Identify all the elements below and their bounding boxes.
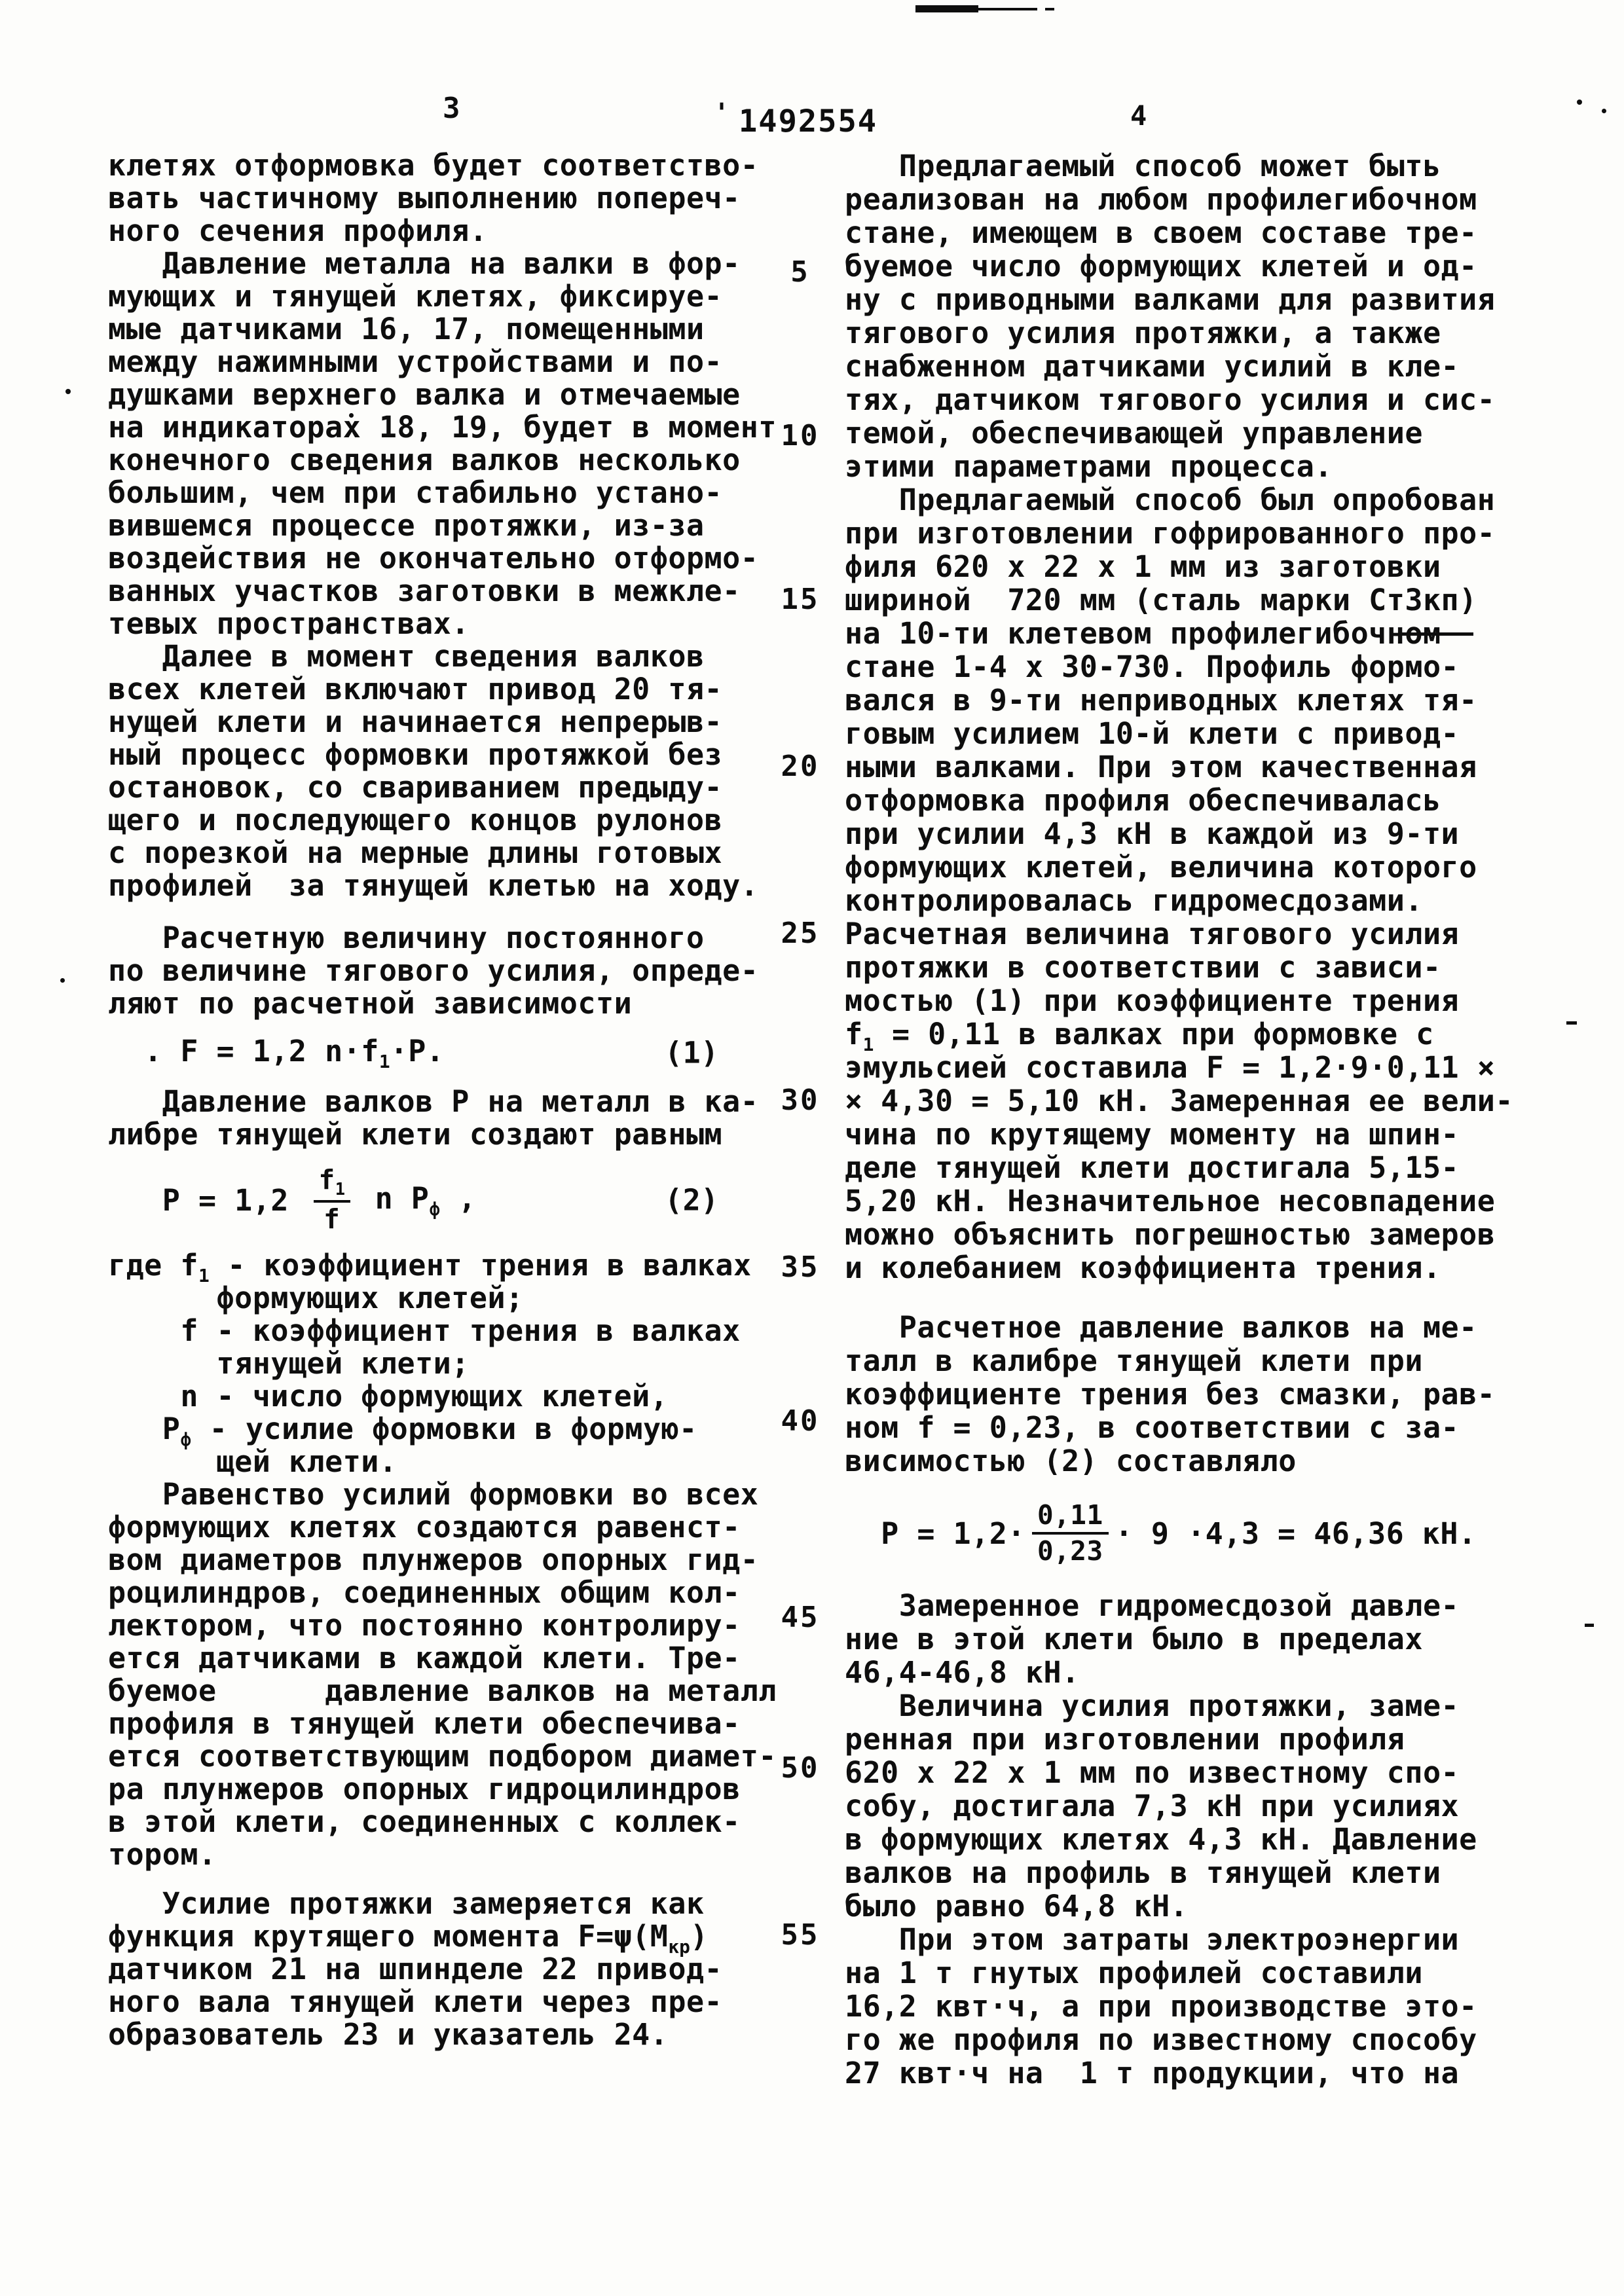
text-line: Давление валков Р на металл в ка- xyxy=(108,1085,812,1118)
text-line: 5,20 кН. Незначительное несовпадение xyxy=(845,1184,1568,1218)
text-line: Pф - усилие формовки в формую- xyxy=(108,1413,812,1446)
text-line: Расчетную величину постоянного xyxy=(108,922,812,955)
text-line: роцилиндров, соединенных общим кол- xyxy=(108,1576,812,1609)
text-line: Предлагаемый способ был опробован xyxy=(845,483,1568,517)
text-line: темой, обеспечивающей управление xyxy=(845,416,1568,450)
text-line: филя 620 х 22 х 1 мм из заготовки xyxy=(845,550,1568,583)
text-line: и колебанием коэффициента трения. xyxy=(845,1251,1568,1285)
text-line: ном f = 0,23, в соответствии с за- xyxy=(845,1411,1568,1444)
text-line: 27 квт·ч на 1 т продукции, что на xyxy=(845,2056,1568,2090)
text-line: ляют по расчетной зависимости xyxy=(108,987,812,1020)
text-line: При этом затраты электроэнергии xyxy=(845,1923,1568,1956)
line-number-marker: 15 xyxy=(773,583,828,616)
page-number-right: 4 xyxy=(1130,100,1148,132)
scan-artifact-line xyxy=(915,5,978,12)
text-line: n - число формующих клетей, xyxy=(108,1380,812,1413)
line-number-marker: 55 xyxy=(773,1918,828,1952)
text-line: Замеренное гидромесдозой давле- xyxy=(845,1589,1568,1622)
text-line: го же профиля по известному способу xyxy=(845,2023,1568,2056)
text-line: можно объяснить погрешностью замеров xyxy=(845,1218,1568,1251)
text-line: Расчетное давление валков на ме- xyxy=(845,1311,1568,1344)
text-line: вом диаметров плунжеров опорных гид- xyxy=(108,1544,812,1576)
text-line: либре тянущей клети создают равным xyxy=(108,1118,812,1151)
formula-line: P = 1,2·0,110,23· 9 ·4,3 = 46,36 кН. xyxy=(845,1478,1568,1589)
scan-apostrophe-mark: ' xyxy=(714,98,729,128)
text-line: собу, достигала 7,3 кН при усилиях xyxy=(845,1789,1568,1823)
text-line: ние в этой клети было в пределах xyxy=(845,1622,1568,1656)
text-line: f1 = 0,11 в валках при формовке с xyxy=(845,1017,1568,1051)
text-line: всех клетей включают привод 20 тя- xyxy=(108,673,812,706)
text-line: Предлагаемый способ может быть xyxy=(845,149,1568,183)
scan-speck xyxy=(65,389,71,394)
line-number-marker: 30 xyxy=(773,1084,828,1117)
text-line: функция крутящего момента F=ψ(Мкр) xyxy=(108,1920,812,1953)
text-line: стане, имеющем в своем составе тре- xyxy=(845,216,1568,249)
paragraph-gap xyxy=(845,1285,1568,1311)
text-line: по величине тягового усилия, опреде- xyxy=(108,955,812,987)
scan-speck xyxy=(1585,1624,1594,1627)
text-line: вался в 9-ти неприводных клетях тя- xyxy=(845,683,1568,717)
text-line: стане 1-4 х 30-730. Профиль формо- xyxy=(845,650,1568,683)
text-line: при изготовлении гофрированного про- xyxy=(845,517,1568,550)
text-line: где f1 - коэффициент трения в валках xyxy=(108,1249,812,1282)
text-line: валков на профиль в тянущей клети xyxy=(845,1856,1568,1889)
text-line: деле тянущей клети достигала 5,15- xyxy=(845,1151,1568,1184)
text-line: было равно 64,8 кН. xyxy=(845,1889,1568,1923)
paragraph-gap xyxy=(108,1871,812,1887)
line-number-marker: 20 xyxy=(773,750,828,783)
text-line: остановок, со свариванием предыду- xyxy=(108,771,812,804)
patent-number: 1492554 xyxy=(739,103,877,139)
scan-artifact-line xyxy=(978,8,1037,10)
text-line: с порезкой на мерные длины готовых xyxy=(108,837,812,869)
equation-number: (2) xyxy=(665,1183,719,1218)
text-line: ный процесс формовки протяжкой без xyxy=(108,738,812,771)
text-line: формующих клетей; xyxy=(108,1282,812,1315)
fraction: 0,110,23 xyxy=(1032,1500,1109,1567)
left-text-column: клетях отформовка будет соответство-вать… xyxy=(108,149,812,2051)
text-line: тянущей клети; xyxy=(108,1347,812,1380)
text-line: в этой клети, соединенных с коллек- xyxy=(108,1806,812,1838)
text-line: большим, чем при стабильно устано- xyxy=(108,477,812,509)
line-number-marker: 25 xyxy=(773,917,828,950)
text-line: при усилии 4,3 кН в каждой из 9-ти xyxy=(845,817,1568,850)
text-line: f - коэффициент трения в валках xyxy=(108,1315,812,1347)
text-line: 46,4-46,8 кН. xyxy=(845,1656,1568,1689)
formula-line: P = 1,2 f1f n Pф ,(2) xyxy=(108,1151,812,1249)
text-line: образователь 23 и указатель 24. xyxy=(108,2018,812,2051)
line-number-marker: 5 xyxy=(773,255,828,289)
page-number-left: 3 xyxy=(443,92,462,125)
formula-text: n Pф , xyxy=(357,1181,476,1220)
text-line: Далее в момент сведения валков xyxy=(108,640,812,673)
text-line: ну с приводными валками для развития xyxy=(845,283,1568,316)
text-line: Усилие протяжки замеряется как xyxy=(108,1887,812,1920)
text-line: мостью (1) при коэффициенте трения xyxy=(845,984,1568,1017)
text-line: коэффициенте трения без смазки, рав- xyxy=(845,1377,1568,1411)
text-line: буемое давление валков на металл xyxy=(108,1675,812,1707)
text-line: ется датчиками в каждой клети. Тре- xyxy=(108,1642,812,1675)
formula-text: P = 1,2 xyxy=(108,1183,307,1218)
text-line: ванных участков заготовки в межкле- xyxy=(108,575,812,608)
text-line: датчиком 21 на шпинделе 22 привод- xyxy=(108,1953,812,1986)
text-line: 16,2 квт·ч, а при производстве это- xyxy=(845,1990,1568,2023)
text-line: ными валками. При этом качественная xyxy=(845,750,1568,784)
line-number-marker: 10 xyxy=(773,419,828,452)
text-line: лектором, что постоянно контролиру- xyxy=(108,1609,812,1642)
text-line: этими параметрами процесса. xyxy=(845,450,1568,483)
text-line: ется соответствующим подбором диамет- xyxy=(108,1740,812,1773)
text-line: тях, датчиком тягового усилия и сис- xyxy=(845,383,1568,416)
text-line: талл в калибре тянущей клети при xyxy=(845,1344,1568,1377)
text-line: формующих клетях создаются равенст- xyxy=(108,1511,812,1544)
paragraph-gap xyxy=(108,902,812,922)
scan-speck xyxy=(1577,100,1582,105)
formula-line: . F = 1,2 n·f1·P.(1) xyxy=(108,1020,812,1085)
text-line: формующих клетей, величина которого xyxy=(845,850,1568,884)
text-line: протяжки в соответствии с зависи- xyxy=(845,951,1568,984)
text-line: шириной 720 мм (сталь марки СтЗкп) xyxy=(845,583,1568,617)
text-line: на 10-ти клетевом профилегибочном xyxy=(845,617,1568,650)
text-line: ра плунжеров опорных гидроцилиндров xyxy=(108,1773,812,1806)
text-line: профилей за тянущей клетью на ходу. xyxy=(108,869,812,902)
scan-speck xyxy=(1602,109,1606,113)
text-line: в формующих клетях 4,3 кН. Давление xyxy=(845,1823,1568,1856)
text-line: Давление металла на валки в фор- xyxy=(108,247,812,280)
text-line: ного сечения профиля. xyxy=(108,215,812,247)
text-line: душками верхнего валка и отмечаемые xyxy=(108,378,812,411)
line-number-marker: 35 xyxy=(773,1250,828,1284)
text-line: ного вала тянущей клети через пре- xyxy=(108,1986,812,2018)
text-line: нущей клети и начинается непрерыв- xyxy=(108,706,812,738)
text-line: мые датчиками 16, 17, помещенными xyxy=(108,313,812,346)
text-line: говым усилием 10-й клети с привод- xyxy=(845,717,1568,750)
text-line: реализован на любом профилегибочном xyxy=(845,183,1568,216)
text-line: между нажимными устройствами и по- xyxy=(108,346,812,378)
text-line: профиля в тянущей клети обеспечива- xyxy=(108,1707,812,1740)
text-line: мующих и тянущей клетях, фиксируе- xyxy=(108,280,812,313)
right-text-column: Предлагаемый способ может бытьреализован… xyxy=(845,149,1568,2090)
text-line: Расчетная величина тягового усилия xyxy=(845,917,1568,951)
text-line: щего и последующего концов рулонов xyxy=(108,804,812,837)
text-line: тягового усилия протяжки, а также xyxy=(845,316,1568,350)
text-line: вившемся процессе протяжки, из-за xyxy=(108,509,812,542)
text-line: эмульсией составила F = 1,2·9·0,11 × xyxy=(845,1051,1568,1084)
text-line: отформовка профиля обеспечивалась xyxy=(845,784,1568,817)
formula-text: · 9 ·4,3 = 46,36 кН. xyxy=(1115,1516,1477,1551)
text-line: контролировалась гидромесдозами. xyxy=(845,884,1568,917)
line-number-marker: 50 xyxy=(773,1751,828,1785)
text-line: чина по крутящему моменту на шпин- xyxy=(845,1118,1568,1151)
text-line: вать частичному выполнению попереч- xyxy=(108,182,812,215)
line-number-marker: 45 xyxy=(773,1601,828,1634)
text-line: буемое число формующих клетей и од- xyxy=(845,249,1568,283)
text-line: воздействия не окончательно отформо- xyxy=(108,542,812,575)
text-line: тором. xyxy=(108,1838,812,1871)
fraction: f1f xyxy=(314,1165,350,1235)
text-line: конечного сведения валков несколько xyxy=(108,444,812,477)
text-line: Величина усилия протяжки, заме- xyxy=(845,1689,1568,1722)
text-line: снабженном датчиками усилий в кле- xyxy=(845,350,1568,383)
scan-speck xyxy=(60,978,65,983)
text-line: Равенство усилий формовки во всех xyxy=(108,1478,812,1511)
text-line: 620 х 22 х 1 мм по известному спо- xyxy=(845,1756,1568,1789)
text-line: на индикаторах 18, 19, будет в момент xyxy=(108,411,812,444)
text-line: × 4,30 = 5,10 кН. Замеренная ее вели- xyxy=(845,1084,1568,1118)
line-number-marker: 40 xyxy=(773,1404,828,1438)
text-line: на 1 т гнутых профилей составили xyxy=(845,1956,1568,1990)
text-line: клетях отформовка будет соответство- xyxy=(108,149,812,182)
equation-number: (1) xyxy=(665,1036,719,1070)
text-line: тевых пространствах. xyxy=(108,608,812,640)
text-line: висимостью (2) составляло xyxy=(845,1444,1568,1478)
scan-artifact-dots xyxy=(1045,8,1054,10)
text-line: ренная при изготовлении профиля xyxy=(845,1722,1568,1756)
patent-document-page: 3 ' 1492554 4 клетях отформовка будет со… xyxy=(0,0,1624,2296)
formula-text: P = 1,2· xyxy=(845,1516,1025,1551)
formula-text: . F = 1,2 n·f1·P. xyxy=(108,1034,444,1072)
text-line: щей клети. xyxy=(108,1446,812,1478)
